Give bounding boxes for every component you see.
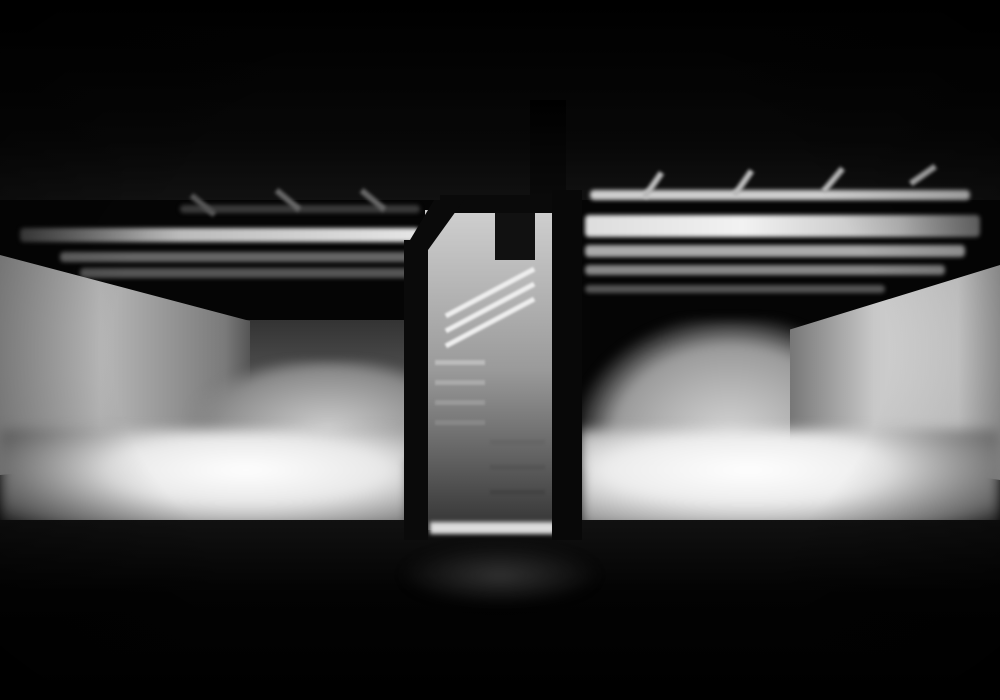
vignette	[0, 0, 1000, 700]
photograph	[0, 0, 1000, 700]
